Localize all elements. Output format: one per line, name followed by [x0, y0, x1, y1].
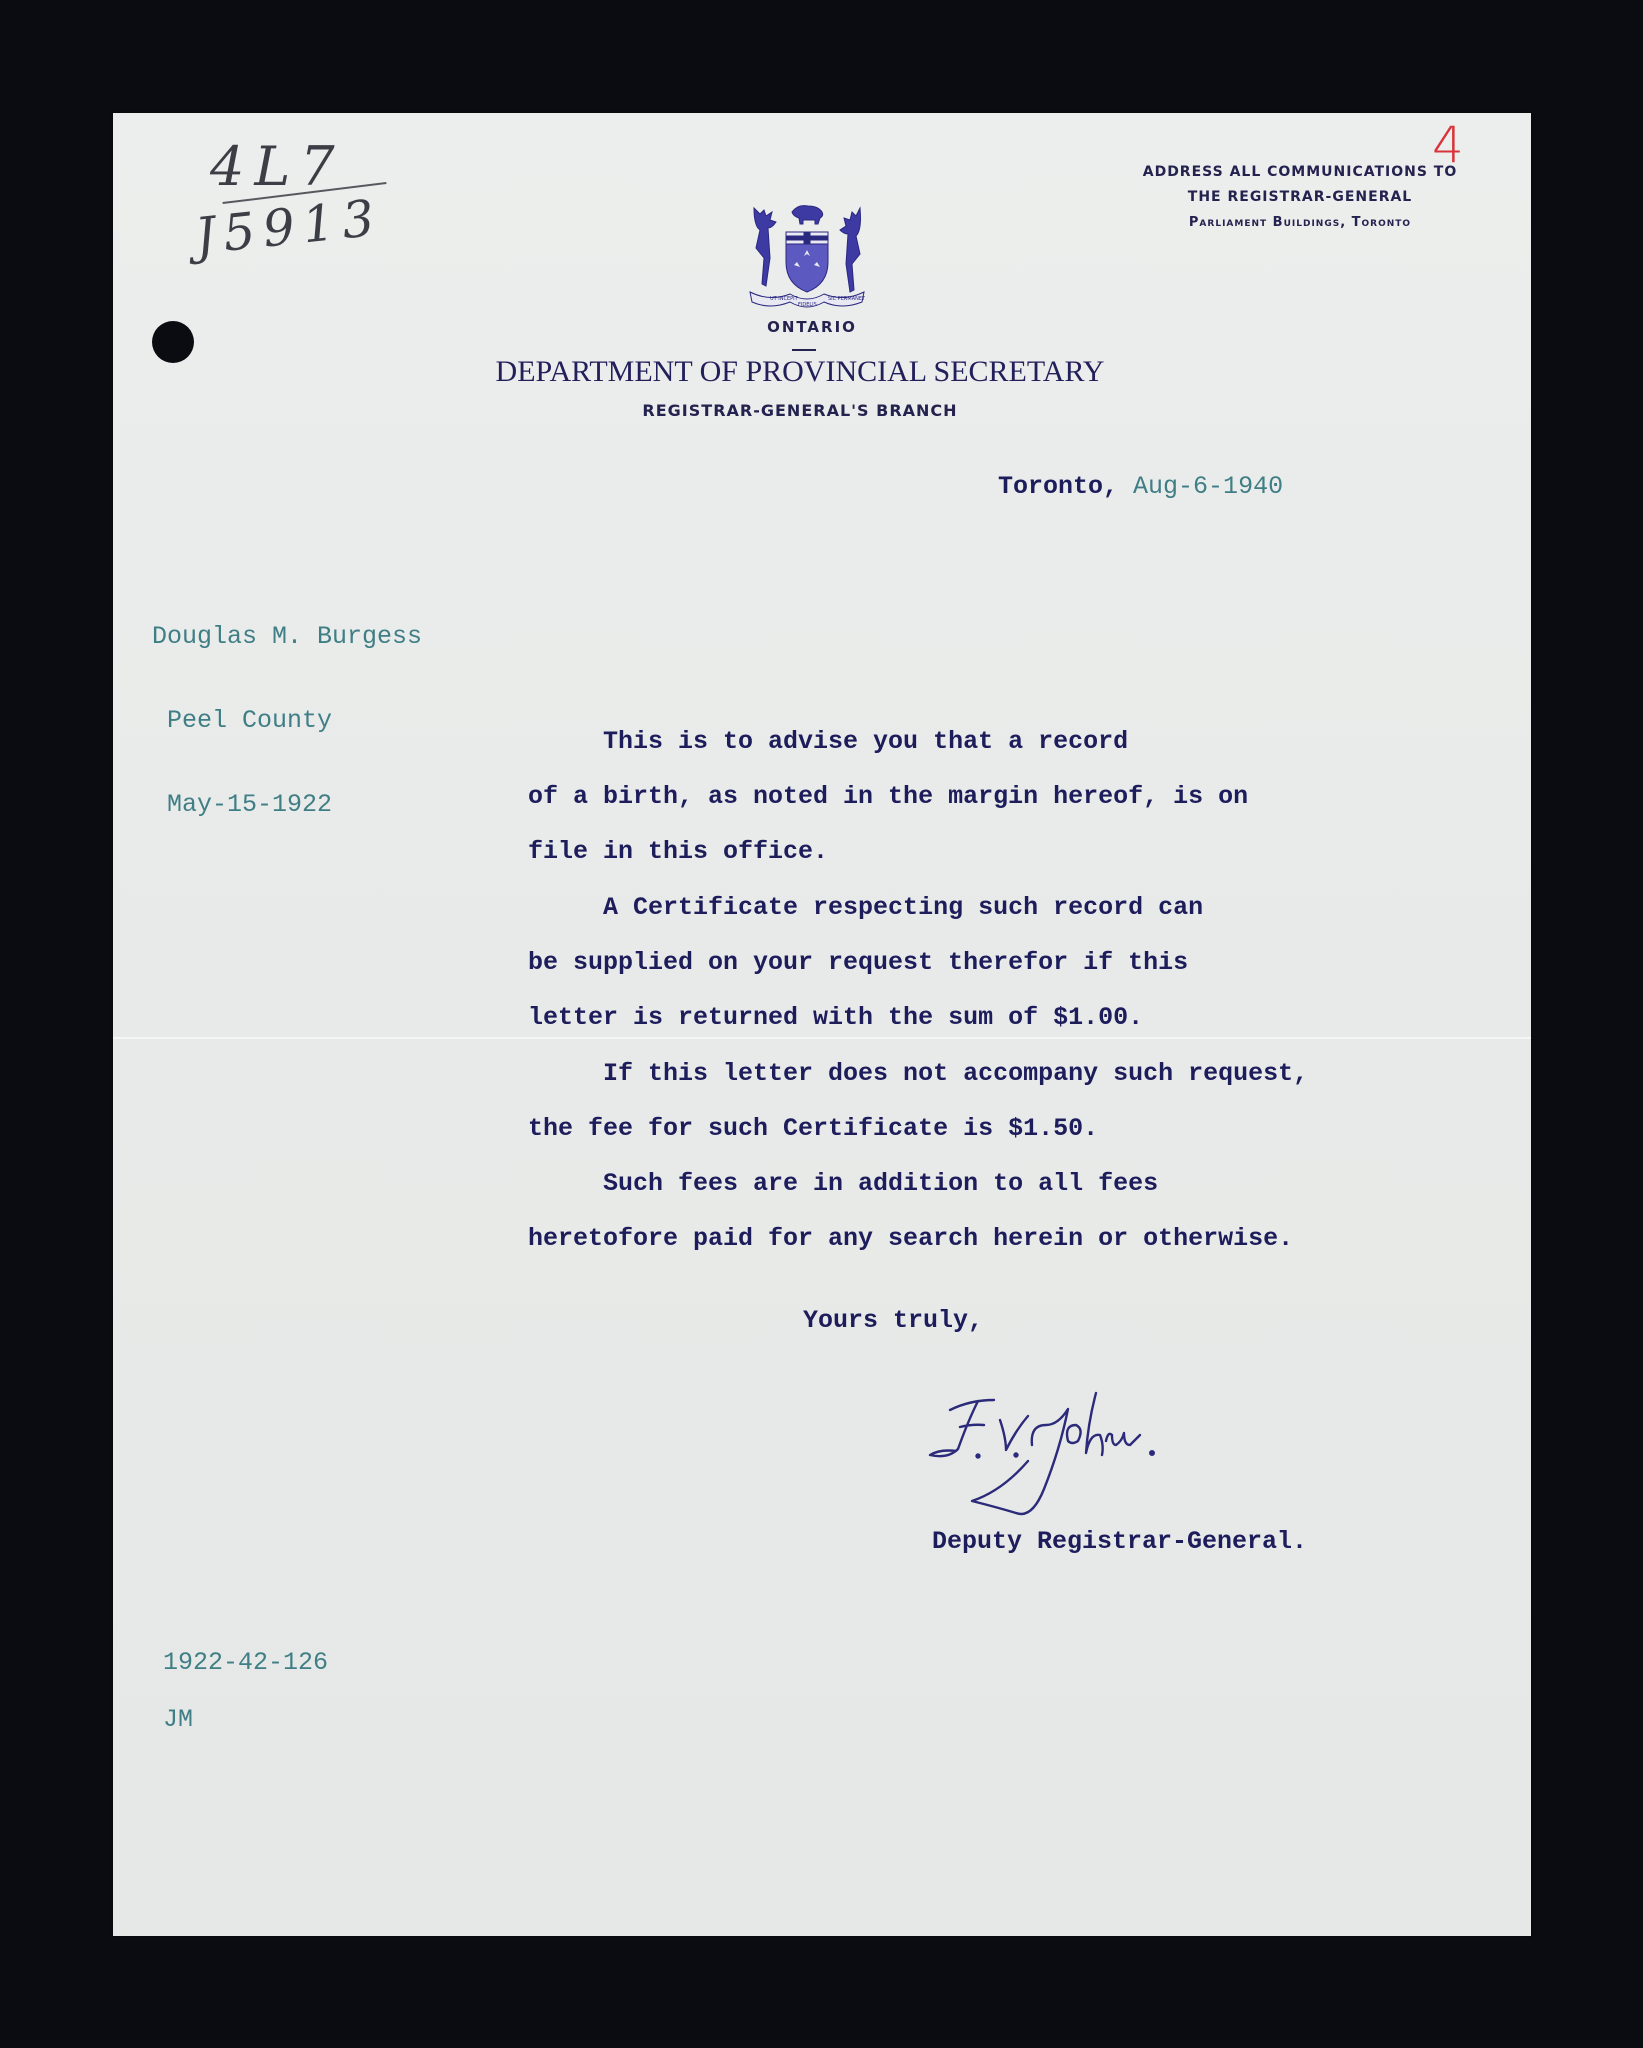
- svg-text:UT INCEPIT: UT INCEPIT: [770, 296, 799, 302]
- branch-subtitle: REGISTRAR-GENERAL'S BRANCH: [470, 401, 1130, 420]
- body-line: A Certificate respecting such record can: [528, 893, 1203, 922]
- body-line: be supplied on your request therefor if …: [528, 948, 1188, 977]
- closing-salutation: Yours truly,: [803, 1306, 983, 1335]
- signature: F. V. Johns.: [920, 1345, 1320, 1535]
- body-line: of a birth, as noted in the margin hereo…: [528, 782, 1248, 811]
- dateline-date: Aug-6-1940: [1133, 472, 1283, 501]
- address-line-2: THE REGISTRAR-GENERAL: [1110, 185, 1490, 210]
- recipient-block: Douglas M. Burgess Peel County May-15-19…: [152, 567, 422, 847]
- body-line: letter is returned with the sum of $1.00…: [528, 1003, 1143, 1032]
- typist-initials: JM: [163, 1705, 193, 1734]
- body-line: This is to advise you that a record: [528, 727, 1128, 756]
- address-line-3: Parliament Buildings, Toronto: [1110, 210, 1490, 235]
- fold-crease: [113, 1037, 1531, 1039]
- dateline: Toronto, Aug-6-1940: [998, 472, 1283, 501]
- punch-hole: [152, 321, 194, 363]
- department-title: DEPARTMENT OF PROVINCIAL SECRETARY: [470, 355, 1130, 389]
- ontario-coat-of-arms-icon: UT INCEPIT FIDELIS SIC PERMANET: [742, 200, 872, 318]
- dateline-city: Toronto,: [998, 472, 1118, 501]
- letterhead-address: ADDRESS ALL COMMUNICATIONS TO THE REGIST…: [1110, 160, 1490, 235]
- recipient-county: Peel County: [152, 707, 422, 735]
- address-line-1: ADDRESS ALL COMMUNICATIONS TO: [1110, 160, 1490, 185]
- registration-number: 1922-42-126: [163, 1648, 328, 1677]
- body-line: file in this office.: [528, 837, 828, 866]
- body-line: the fee for such Certificate is $1.50.: [528, 1114, 1098, 1143]
- svg-text:FIDELIS: FIDELIS: [798, 302, 817, 308]
- letterhead-divider: [792, 349, 816, 351]
- province-label: ONTARIO: [712, 318, 912, 336]
- body-line: Such fees are in addition to all fees: [528, 1169, 1158, 1198]
- recipient-birth-date: May-15-1922: [152, 791, 422, 819]
- body-line: heretofore paid for any search herein or…: [528, 1224, 1293, 1253]
- recipient-name: Douglas M. Burgess: [152, 623, 422, 651]
- body-line: If this letter does not accompany such r…: [528, 1059, 1308, 1088]
- svg-text:SIC PERMANET: SIC PERMANET: [828, 296, 866, 302]
- signatory-title: Deputy Registrar-General.: [932, 1527, 1307, 1556]
